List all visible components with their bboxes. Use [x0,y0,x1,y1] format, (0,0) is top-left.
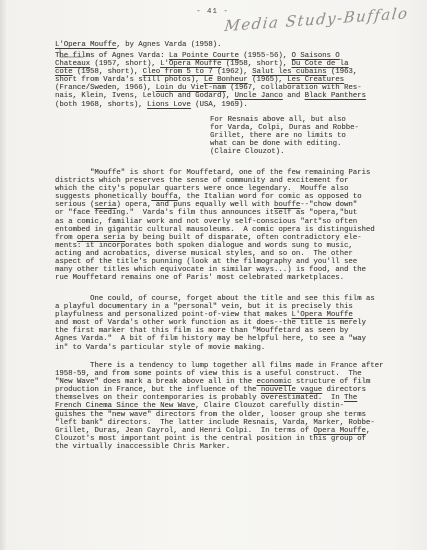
text-line: in" to Varda's particular style of movie… [55,344,375,352]
text-line: production in France, but the influence … [55,386,383,394]
blockquote-clouzot: For Resnais above all, but alsofor Varda… [210,116,359,156]
text-line: French Cinema Since the New Wave, Claire… [55,402,383,410]
text-line: serious (seria) opera, and puns equally … [55,201,375,209]
text-line: There is a tendency to lump together all… [55,362,383,370]
text-line: Grillet, Duras, Jean Cayrol, and Henri C… [55,427,383,435]
text-line: from opera seria by being built of dispa… [55,234,375,242]
text-line: acting and acrobatics, diverse musical s… [55,250,375,258]
text-line: the first marker that this film is more … [55,327,375,335]
text-line: playfulness and personalized point-of-vi… [55,311,375,319]
text-line: or "face feeding." Varda's film thus ann… [55,209,375,217]
document-title: L'Opera Mouffe, by Agnes Varda (1958). [55,41,221,49]
text-line: cote (1958, short), Cleo from 5 to 7 (19… [55,68,366,76]
text-line: entombed in gigantic cultural mausoleums… [55,226,375,234]
text-line: The films of Agnes Varda: La Pointe Cour… [55,52,366,60]
paragraph-one-could: One could, of course, forget about the t… [55,295,375,352]
text-line: aspect of the title's punning (look at t… [55,258,375,266]
text-line: 1958-59, and from some points of view th… [55,370,383,378]
text-line: suggests phonetically bouffa, the Italia… [55,193,375,201]
text-line: a playful documentary in a "personal" ve… [55,303,375,311]
text-line: short from Varda's still photos), Le Bon… [55,76,366,84]
text-line: "Mouffe" is short for Mouffetard, one of… [55,169,375,177]
text-line: and most of Varda's other work function … [55,319,375,327]
text-line: L'Opera Mouffe, by Agnes Varda (1958). [55,41,221,49]
text-line: which the city's popular quarters were o… [55,185,375,193]
text-line: (France/Sweden, 1966), Loin du Viet-nam … [55,84,366,92]
text-line: nais, Klein, Ivens, Lelouch and Godard),… [55,92,366,100]
text-line: many other titles which equivocate in si… [55,266,375,274]
paragraph-french-cinema: There is a tendency to lump together all… [55,362,383,451]
text-line: Agnes Varda." A bit of film history may … [55,335,375,343]
text-line: Chateaux (1957, short), L'Opera Mouffe (… [55,60,366,68]
text-line: One could, of course, forget about the t… [55,295,375,303]
text-line: "left bank" directors. The latter includ… [55,419,383,427]
scanned-page: - 41 - Media Study-Buffalo L'Opera Mouff… [0,0,427,550]
paragraph-mouffe-meaning: "Mouffe" is short for Mouffetard, one of… [55,169,375,282]
text-line: (both 1968, shorts), Lions Love (USA, 19… [55,101,366,109]
text-line: Clouzot's most important point is the ce… [55,435,383,443]
text-line: themselves on their contemporaries is pr… [55,394,383,402]
text-line: For Resnais above all, but also [210,116,359,124]
text-line: for Varda, Colpi, Duras and Robbe- [210,124,359,132]
text-line: guishes the "new wave" directors from th… [55,411,383,419]
text-line: what can be done with editing. [210,140,359,148]
text-line: as a comic, familiar work and not overly… [55,218,375,226]
text-line: rue Mouffetard remains one of Paris' mos… [55,274,375,282]
text-line: Grillet, there are no limits to [210,132,359,140]
text-line: the virtually inaccessible Chris Marker. [55,443,383,451]
text-line: (Claire Clouzot). [210,148,359,156]
text-line: "New Wave" does mark a break above all i… [55,378,383,386]
paragraph-filmography: The films of Agnes Varda: La Pointe Cour… [55,52,366,109]
text-line: ments: it incorporates both spoken dialo… [55,242,375,250]
text-line: districts which preserves the sense of c… [55,177,375,185]
